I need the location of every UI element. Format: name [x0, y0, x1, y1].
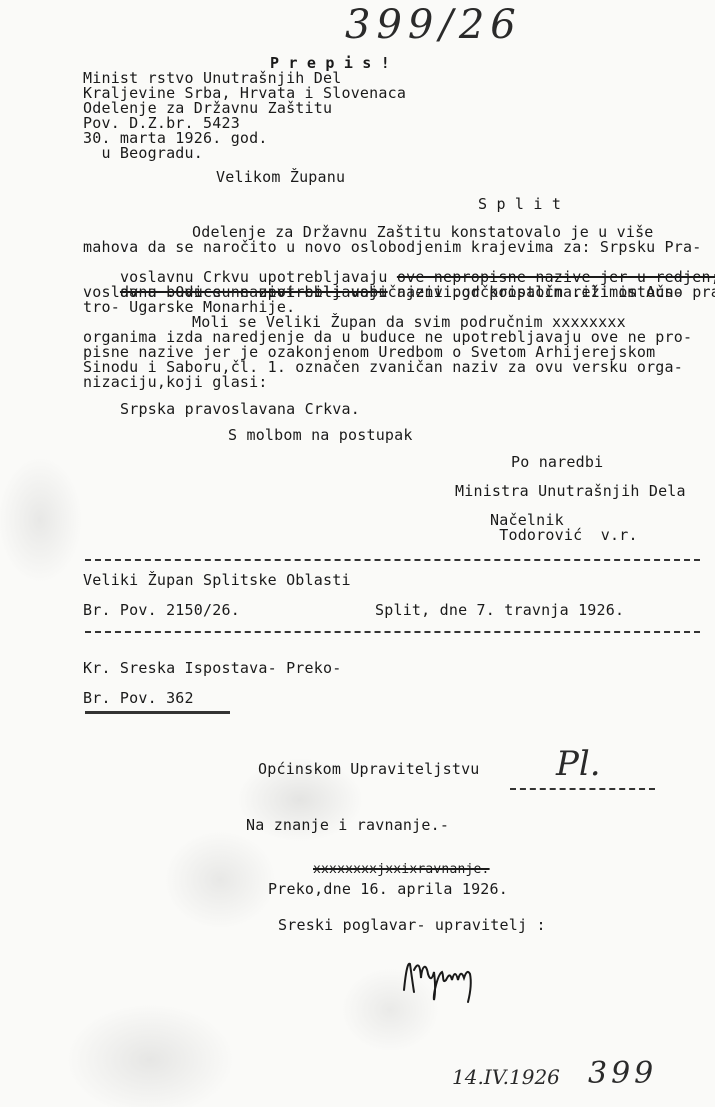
struck-out-line: xxxxxxxxjxxixravnanje.	[313, 862, 490, 877]
recipient-city: S p l i t	[478, 197, 561, 212]
split-reference: Br. Pov. 2150/26.	[83, 603, 240, 618]
split-date: Split, dne 7. travnja 1926.	[375, 603, 624, 618]
handwritten-receipt-date: 14.IV.1926	[452, 1065, 560, 1089]
signature-name: Todorović v.r.	[490, 528, 638, 543]
signature-order: Po naredbi	[511, 455, 603, 470]
separator-line	[85, 559, 700, 561]
document-page: 399/26 P r e p i s ! Minist rstvo Unutra…	[0, 0, 715, 1107]
body-p1-line-2: mahova da se naročito u novo oslobodjeni…	[83, 240, 701, 255]
preko-recipient: Općinskom Upraviteljstvu	[258, 762, 480, 777]
official-church-name: Srpska pravoslavana Crkva.	[120, 402, 360, 417]
handwritten-initial: Pl.	[556, 744, 601, 784]
recipient: Velikom Županu	[216, 170, 345, 185]
recipient-underline	[510, 788, 655, 790]
closing-line: S molbom na postupak	[228, 428, 413, 443]
sender-line-6: u Beogradu.	[83, 146, 203, 161]
handwritten-file-number: 399/26	[345, 2, 522, 48]
body-p2-line-5: nizaciju,koji glasi:	[83, 375, 268, 390]
separator-line	[85, 631, 700, 633]
signature-ministry: Ministra Unutrašnjih Dela	[455, 484, 686, 499]
handwritten-archive-number: 399	[588, 1056, 657, 1091]
preko-reference: Br. Pov. 362	[83, 691, 194, 706]
handwritten-signature	[400, 950, 520, 1010]
preko-date: Preko,dne 16. aprila 1926.	[268, 882, 508, 897]
preko-office: Kr. Sreska Ispostava- Preko-	[83, 661, 341, 676]
reference-underline	[85, 711, 230, 714]
preko-signer: Sreski poglavar- upravitelj :	[278, 918, 546, 933]
preko-instruction: Na znanje i ravnanje.-	[246, 818, 449, 833]
split-office: Veliki Župan Splitske Oblasti	[83, 573, 351, 588]
